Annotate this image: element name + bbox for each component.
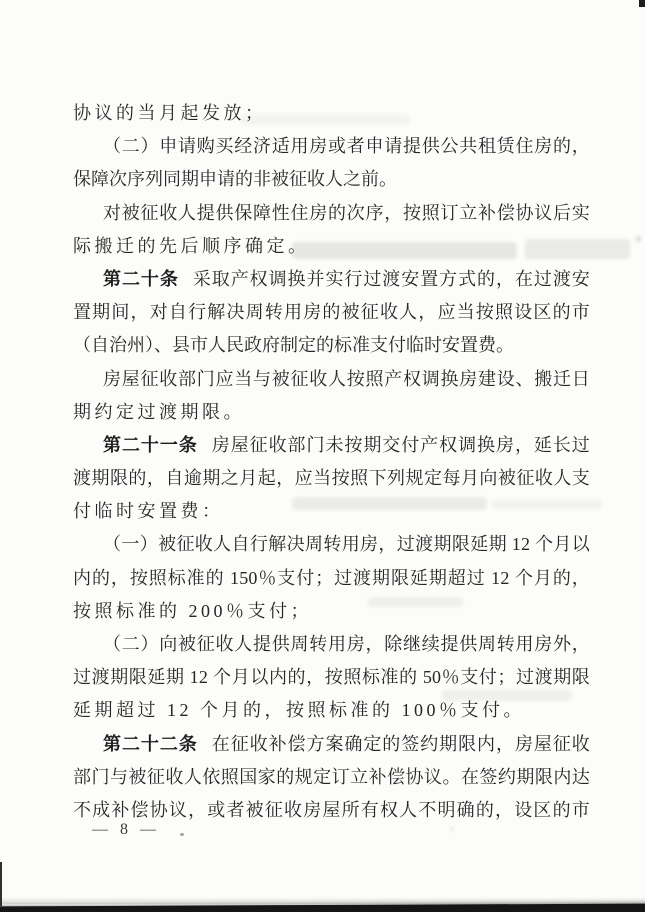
scan-shadow — [0, 897, 645, 904]
text-line: 部门与被征收人依照国家的规定订立补偿协议。在签约期限内达 — [73, 761, 590, 794]
line-text: 期约定过渡期限。 — [73, 402, 245, 422]
text-line: 协议的当月起发放； — [73, 97, 590, 130]
scan-edge — [0, 862, 2, 906]
scanned-document-page: 协议的当月起发放； （二）申请购买经济适用房或者申请提供公共租赁住房的， 保障次… — [0, 0, 645, 912]
article-number: 第二十条 — [103, 269, 179, 289]
article-number: 第二十二条 — [103, 734, 198, 754]
line-text: 渡期限的，自逾期之月起，应当按照下列规定每月向被征收人支 — [73, 468, 590, 488]
line-text: （一）被征收人自行解决周转用房，过渡期限延期 12 个月以 — [103, 534, 590, 554]
line-text: 对被征收人提供保障性住房的次序，按照订立补偿协议后实 — [103, 203, 590, 223]
page-number: — 8 — — [92, 820, 160, 840]
text-line: 内的，按照标准的 150％支付；过渡期限延期超过 12 个月的， — [73, 562, 590, 595]
text-line: 置期间，对自行解决周转用房的被征收人，应当按照设区的市 — [73, 296, 590, 329]
text-line: （一）被征收人自行解决周转用房，过渡期限延期 12 个月以 — [73, 528, 590, 561]
line-text: 按照标准的 200％支付； — [73, 601, 312, 621]
scan-edge — [0, 904, 645, 912]
line-text: 置期间，对自行解决周转用房的被征收人，应当按照设区的市 — [73, 302, 590, 322]
line-text: 房屋征收部门应当与被征收人按照产权调换房建设、搬迁日 — [103, 369, 590, 389]
ink-speck — [450, 827, 454, 831]
text-line: 际搬迁的先后顺序确定。 — [73, 230, 590, 263]
line-text: 不成补偿协议，或者被征收房屋所有权人不明确的，设区的市 — [73, 800, 590, 820]
article-heading-line: 第二十一条房屋征收部门未按期交付产权调换房，延长过 — [73, 429, 590, 462]
line-text: 保障次序列同期申请的非被征收人之前。 — [73, 169, 397, 189]
article-number: 第二十一条 — [103, 435, 198, 455]
line-text: （自治州）、县市人民政府制定的标准支付临时安置费。 — [73, 335, 514, 355]
article-heading-line: 第二十二条在征收补偿方案确定的签约期限内，房屋征收 — [73, 728, 590, 761]
line-text: 延期超过 12 个月的，按照标准的 100％支付。 — [73, 700, 525, 720]
line-text: 采取产权调换并实行过渡安置方式的，在过渡安 — [193, 269, 590, 289]
line-text: 协议的当月起发放； — [73, 103, 267, 123]
text-line: 延期超过 12 个月的，按照标准的 100％支付。 — [73, 694, 590, 727]
line-text: 在征收补偿方案确定的签约期限内，房屋征收 — [212, 734, 590, 754]
line-text: 房屋征收部门未按期交付产权调换房，延长过 — [212, 435, 590, 455]
line-text: （二）向被征收人提供周转用房，除继续提供周转用房外， — [103, 634, 590, 654]
text-line: 房屋征收部门应当与被征收人按照产权调换房建设、搬迁日 — [73, 363, 590, 396]
text-line: 对被征收人提供保障性住房的次序，按照订立补偿协议后实 — [73, 197, 590, 230]
line-text: 部门与被征收人依照国家的规定订立补偿协议。在签约期限内达 — [73, 767, 590, 787]
line-text: （二）申请购买经济适用房或者申请提供公共租赁住房的， — [103, 136, 590, 156]
text-line: 过渡期限延期 12 个月以内的，按照标准的 50％支付；过渡期限 — [73, 661, 590, 694]
document-body: 协议的当月起发放； （二）申请购买经济适用房或者申请提供公共租赁住房的， 保障次… — [73, 97, 590, 827]
ink-speck — [636, 236, 641, 242]
text-line: 按照标准的 200％支付； — [73, 595, 590, 628]
text-line: 保障次序列同期申请的非被征收人之前。 — [73, 163, 590, 196]
text-line: （二）向被征收人提供周转用房，除继续提供周转用房外， — [73, 628, 590, 661]
text-line: 期约定过渡期限。 — [73, 396, 590, 429]
text-line: （自治州）、县市人民政府制定的标准支付临时安置费。 — [73, 329, 590, 362]
line-text: 内的，按照标准的 150％支付；过渡期限延期超过 12 个月的， — [73, 568, 590, 588]
ink-speck — [180, 833, 184, 836]
line-text: 付临时安置费： — [73, 501, 224, 521]
scan-edge — [639, 0, 645, 7]
article-heading-line: 第二十条采取产权调换并实行过渡安置方式的，在过渡安 — [73, 263, 590, 296]
text-line: （二）申请购买经济适用房或者申请提供公共租赁住房的， — [73, 130, 590, 163]
text-line: 付临时安置费： — [73, 495, 590, 528]
line-text: 际搬迁的先后顺序确定。 — [73, 236, 310, 256]
line-text: 过渡期限延期 12 个月以内的，按照标准的 50％支付；过渡期限 — [73, 667, 590, 687]
text-line: 渡期限的，自逾期之月起，应当按照下列规定每月向被征收人支 — [73, 462, 590, 495]
